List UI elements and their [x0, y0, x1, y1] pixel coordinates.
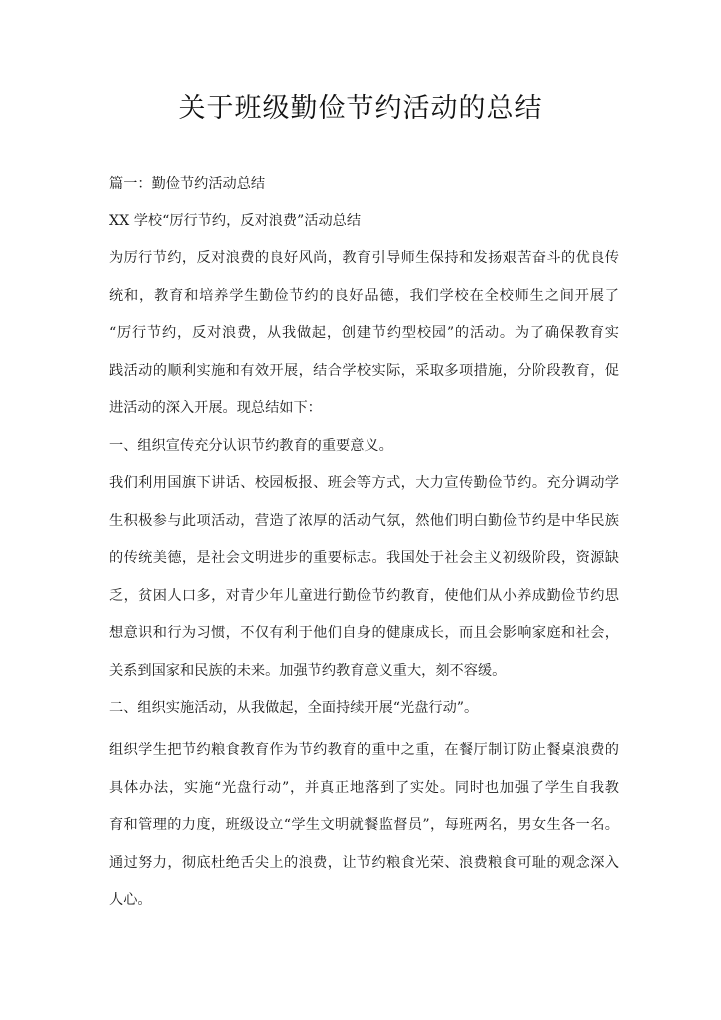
paragraph-line: 践活动的顺利实施和有效开展，结合学校实际，采取多项措施，分阶段教育，促	[109, 361, 619, 381]
document-title: 关于班级勤俭节约活动的总结	[0, 86, 721, 125]
paragraph-line: 我们利用国旗下讲话、校园板报、班会等方式，大力宣传勤俭节约。充分调动学	[109, 473, 619, 493]
paragraph-line: 统和，教育和培养学生勤俭节约的良好品德，我们学校在全校师生之间开展了	[109, 286, 619, 306]
paragraph-line: 进活动的深入开展。现总结如下：	[109, 398, 619, 418]
paragraph-line: 乏，贫困人口多，对青少年儿童进行勤俭节约教育，使他们从小养成勤俭节约思	[109, 586, 619, 606]
paragraph-line: 组织学生把节约粮食教育作为节约教育的重中之重，在餐厅制订防止餐桌浪费的	[109, 740, 619, 760]
paragraph-line: 人心。	[109, 890, 619, 910]
paragraph-line: XX 学校“厉行节约，反对浪费”活动总结	[109, 211, 619, 231]
paragraph-line: 关系到国家和民族的未来。加强节约教育意义重大，刻不容缓。	[109, 661, 619, 681]
paragraph-line: 为厉行节约，反对浪费的良好风尚，教育引导师生保持和发扬艰苦奋斗的优良传	[109, 248, 619, 268]
paragraph-line: 篇一：勤俭节约活动总结	[109, 174, 619, 194]
paragraph-line: 的传统美德，是社会文明进步的重要标志。我国处于社会主义初级阶段，资源缺	[109, 548, 619, 568]
paragraph-line: 一、组织宣传充分认识节约教育的重要意义。	[109, 436, 619, 456]
paragraph-line: 二、组织实施活动，从我做起，全面持续开展“光盘行动”。	[109, 698, 619, 718]
document-page: 关于班级勤俭节约活动的总结 篇一：勤俭节约活动总结XX 学校“厉行节约，反对浪费…	[0, 0, 721, 1020]
paragraph-line: “厉行节约，反对浪费，从我做起，创建节约型校园”的活动。为了确保教育实	[109, 323, 619, 343]
paragraph-line: 通过努力，彻底杜绝舌尖上的浪费，让节约粮食光荣、浪费粮食可耻的观念深入	[109, 853, 619, 873]
paragraph-line: 生积极参与此项活动，营造了浓厚的活动气氛，然他们明白勤俭节约是中华民族	[109, 511, 619, 531]
paragraph-line: 育和管理的力度，班级设立“学生文明就餐监督员”，每班两名，男女生各一名。	[109, 815, 619, 835]
paragraph-line: 想意识和行为习惯，不仅有利于他们自身的健康成长，而且会影响家庭和社会，	[109, 623, 619, 643]
paragraph-line: 具体办法，实施“光盘行动”，并真正地落到了实处。同时也加强了学生自我教	[109, 778, 619, 798]
